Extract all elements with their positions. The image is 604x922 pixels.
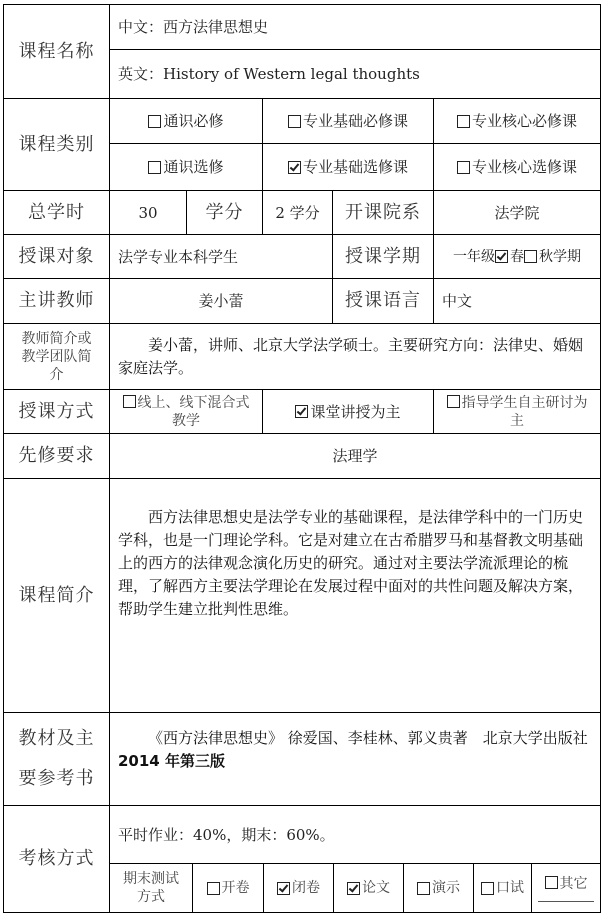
mode-option[interactable]: 课堂讲授为主 (262, 389, 434, 434)
exam-option[interactable]: 开卷 (192, 863, 264, 913)
course-name-en: 英文：History of Western legal thoughts (109, 49, 601, 99)
blank-underline[interactable] (538, 901, 594, 902)
checkbox-icon[interactable] (417, 882, 430, 895)
course-category-label: 课程类别 (3, 98, 110, 191)
checkbox-icon[interactable] (457, 115, 470, 128)
department-label: 开课院系 (332, 190, 434, 235)
credits-label: 学分 (186, 190, 263, 235)
hours-label: 总学时 (3, 190, 110, 235)
team-label: 教师简介或教学团队简介 (3, 323, 110, 390)
semester-label: 授课学期 (332, 234, 434, 279)
value-text: 2 学分 (275, 203, 319, 223)
value-text: 法理学 (332, 446, 377, 466)
course-name-label: 课程名称 (3, 4, 110, 99)
label-text: 课程简介 (19, 586, 95, 606)
label-text: 授课对象 (19, 247, 95, 267)
checkbox-icon[interactable] (148, 161, 161, 174)
course-name-en-text: 英文：History of Western legal thoughts (118, 64, 420, 84)
checkbox-icon[interactable] (123, 395, 136, 408)
label-text: 授课学期 (345, 247, 421, 267)
credits-value: 2 学分 (262, 190, 333, 235)
option-label: 专业基础选修课 (303, 157, 408, 177)
checkbox-checked-icon[interactable] (277, 882, 290, 895)
value-text: 法学专业本科学生 (118, 247, 238, 267)
final-exam-label: 期末测试方式 (109, 863, 193, 913)
checkbox-icon[interactable] (545, 876, 558, 889)
exam-option[interactable]: 其它 (531, 863, 601, 913)
option-label: 指导学生自主研讨为主 (462, 395, 588, 429)
option-label: 口试 (496, 879, 524, 897)
ratio-text: 平时作业：40%，期末：60%。 (118, 825, 335, 845)
checkbox-icon[interactable] (288, 115, 301, 128)
audience-label: 授课对象 (3, 234, 110, 279)
textbook-line: 《西方法律思想史》 徐爱国、李桂林、郭义贵著 北京大学出版社 (118, 727, 588, 750)
mode-option[interactable]: 线上、线下混合式教学 (109, 389, 263, 434)
option-label: 专业核心选修课 (472, 157, 577, 177)
spring-text: 春 (510, 247, 524, 267)
mode-label: 授课方式 (3, 389, 110, 434)
checkbox-icon[interactable] (148, 115, 161, 128)
checkbox-icon[interactable] (447, 395, 460, 408)
team-text: 姜小蕾，讲师、北京大学法学硕士。主要研究方向：法律史、婚姻家庭法学。 (109, 323, 601, 390)
course-name-cn: 中文：西方法律思想史 (109, 4, 601, 50)
mode-option[interactable]: 指导学生自主研讨为主 (433, 389, 601, 434)
textbook-text: 《西方法律思想史》 徐爱国、李桂林、郭义贵著 北京大学出版社2014 年第三版 (109, 712, 601, 806)
textbook-line: 2014 年第三版 (118, 750, 225, 773)
course-name-cn-text: 中文：西方法律思想史 (118, 17, 268, 37)
label-text: 主讲教师 (19, 291, 95, 311)
audience-value: 法学专业本科学生 (109, 234, 333, 279)
label-text: 期末测试方式 (120, 870, 182, 906)
prereq-label: 先修要求 (3, 433, 110, 479)
language-label: 授课语言 (332, 278, 434, 324)
label-text: 课程名称 (19, 42, 95, 62)
option-label: 通识必修 (163, 111, 223, 131)
label-text: 授课语言 (345, 291, 421, 311)
exam-option[interactable]: 论文 (333, 863, 404, 913)
label-text: 课程类别 (19, 135, 95, 155)
checkbox-icon[interactable] (207, 882, 220, 895)
value-text: 姜小蕾 (198, 291, 243, 311)
textbook-label: 教材及主要参考书 (3, 712, 110, 806)
language-value: 中文 (433, 278, 601, 324)
autumn-text: 秋学期 (539, 247, 581, 267)
spring-checkbox-checked-icon[interactable] (495, 250, 508, 263)
teacher-value: 姜小蕾 (109, 278, 333, 324)
checkbox-checked-icon[interactable] (295, 405, 308, 418)
label-text: 先修要求 (19, 446, 95, 466)
option-label: 闭卷 (292, 879, 320, 897)
option-label: 演示 (432, 879, 460, 897)
exam-option[interactable]: 口试 (473, 863, 532, 913)
option-label: 专业基础必修课 (303, 111, 408, 131)
label-text: 总学时 (28, 203, 85, 223)
intro-paragraph: 西方法律思想史是法学专业的基础课程，是法律学科中的一门历史学科，也是一门理论学科… (118, 506, 592, 621)
label-text: 教师简介或教学团队简介 (18, 330, 95, 384)
exam-option[interactable]: 闭卷 (263, 863, 334, 913)
category-option[interactable]: 专业基础必修课 (262, 98, 434, 144)
checkbox-checked-icon[interactable] (288, 161, 301, 174)
exam-option[interactable]: 演示 (403, 863, 474, 913)
team-paragraph: 姜小蕾，讲师、北京大学法学硕士。主要研究方向：法律史、婚姻家庭法学。 (118, 334, 592, 380)
option-label: 开卷 (222, 879, 250, 897)
option-label: 线上、线下混合式教学 (138, 395, 250, 429)
option-label: 论文 (362, 879, 390, 897)
value-text: 30 (138, 203, 157, 223)
label-text: 考核方式 (19, 849, 95, 869)
label-text: 要参考书 (19, 759, 95, 799)
category-option[interactable]: 专业核心必修课 (433, 98, 601, 144)
label-text: 学分 (206, 203, 244, 223)
option-label: 专业核心必修课 (472, 111, 577, 131)
checkbox-icon[interactable] (481, 882, 494, 895)
hours-value: 30 (109, 190, 187, 235)
intro-label: 课程简介 (3, 478, 110, 713)
option-label: 课堂讲授为主 (310, 402, 400, 422)
intro-text: 西方法律思想史是法学专业的基础课程，是法律学科中的一门历史学科，也是一门理论学科… (109, 478, 601, 713)
prereq-value: 法理学 (109, 433, 601, 479)
grade-text: 一年级 (453, 247, 495, 267)
value-text: 中文 (442, 291, 472, 311)
department-value: 法学院 (433, 190, 601, 235)
option-label: 其它 (560, 876, 588, 892)
assessment-label: 考核方式 (3, 805, 110, 913)
checkbox-icon[interactable] (457, 161, 470, 174)
category-option[interactable]: 通识选修 (109, 143, 263, 191)
autumn-checkbox-icon[interactable] (524, 250, 537, 263)
category-option[interactable]: 专业核心选修课 (433, 143, 601, 191)
label-text: 授课方式 (19, 402, 95, 422)
assessment-ratio: 平时作业：40%，期末：60%。 (109, 805, 601, 864)
label-text: 开课院系 (345, 203, 421, 223)
teacher-label: 主讲教师 (3, 278, 110, 324)
category-option[interactable]: 专业基础选修课 (262, 143, 434, 191)
value-text: 法学院 (494, 203, 539, 223)
category-option[interactable]: 通识必修 (109, 98, 263, 144)
checkbox-checked-icon[interactable] (347, 882, 360, 895)
option-label: 通识选修 (163, 157, 223, 177)
label-text: 教材及主 (19, 719, 95, 759)
semester-value: 一年级春秋学期 (433, 234, 601, 279)
